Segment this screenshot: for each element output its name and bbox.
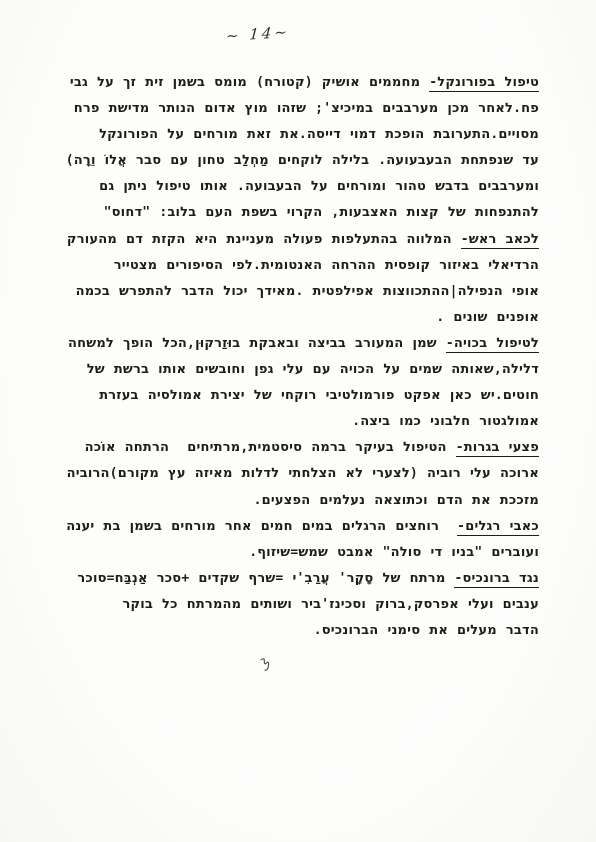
text-line: לכאב ראש- המלווה בהתעלפות פעולה מעניינת … — [48, 231, 539, 257]
text-line: ארוכה עלי רוביה (לצערי לא הצלחתי לדלות מ… — [48, 465, 539, 491]
text-line: להתנפחות של קצות האצבעות, הקרוי בשפת העם… — [48, 204, 539, 230]
section-heading: כאבי רגלים- — [457, 519, 539, 536]
text-line: ומערבבים בדבש טהור ומורחים על הבעבועה. א… — [48, 178, 539, 204]
text-line: הדבר מעלים את סימני הברונכיס. — [48, 622, 539, 648]
text-line: כאבי רגלים- רוחצים הרגלים במים חמים אחר … — [48, 518, 539, 544]
handwritten-page-number: ~ 14~ — [225, 23, 290, 46]
text-line: הרדיאלי באיזור קופסית ההרחה האנטומית.לפי… — [48, 257, 539, 283]
text-line: דלילה,שאותה שמים על הכויה עם עלי גפן וחו… — [48, 361, 539, 387]
text-line: לטיפול בכויה- שמן המעורב בביצה ובאבקת בו… — [48, 335, 539, 361]
text-line: פצעי בגרות- הטיפול בעיקר ברמה סיסטמית,מר… — [48, 439, 539, 465]
text-line: חוטים.יש כאן אפקט פורמולטיבי רוקחי של יצ… — [48, 387, 539, 413]
squiggle-icon — [257, 655, 276, 676]
section-heading: טיפול בפורונקל- — [429, 75, 539, 92]
section-heading: נגד ברונכיס- — [454, 571, 539, 588]
text-line: ענבים ועלי אפרסק,ברוק וסכינז'ביר ושותים … — [48, 596, 539, 622]
text-line: אופי הנפילה|ההתכווצות אפילפטית .מאידך יכ… — [48, 283, 539, 309]
text-line: אמולגטור חלבוני כמו ביצה. — [48, 413, 539, 439]
text-line: נגד ברונכיס- מרתח של סָקָר' עֲרַבִ'י =שר… — [48, 570, 539, 596]
text-line: אופנים שונים . — [48, 309, 539, 335]
text-line: עד שנפתחת הבעבעועה. בלילה לוקחים מַחְלַב… — [48, 152, 539, 178]
section-heading: לכאב ראש- — [461, 232, 539, 249]
text-block: טיפול בפורונקל- מחממים אושיק (קטורח) מומ… — [48, 74, 539, 648]
text-line: טיפול בפורונקל- מחממים אושיק (קטורח) מומ… — [48, 74, 539, 100]
text-line: מסויים.התערובת הופכת דמוי דייסה.את זאת מ… — [48, 126, 539, 152]
section-heading: לטיפול בכויה- — [446, 336, 539, 353]
handwritten-squiggle-mark — [257, 655, 276, 676]
section-heading: פצעי בגרות- — [456, 440, 539, 457]
text-line: מזככת את הדם וכתוצאה נעלמים הפצעים. — [48, 492, 539, 518]
text-line: ועוברים "בניו די סולה" אמבט שמש=שיזוף. — [48, 544, 539, 570]
text-line: פח.לאחר מכן מערבבים במיכיצ'; שזהו מוץ אד… — [48, 100, 539, 126]
scanned-page: ~ 14~ טיפול בפורונקל- מחממים אושיק (קטור… — [0, 0, 596, 842]
